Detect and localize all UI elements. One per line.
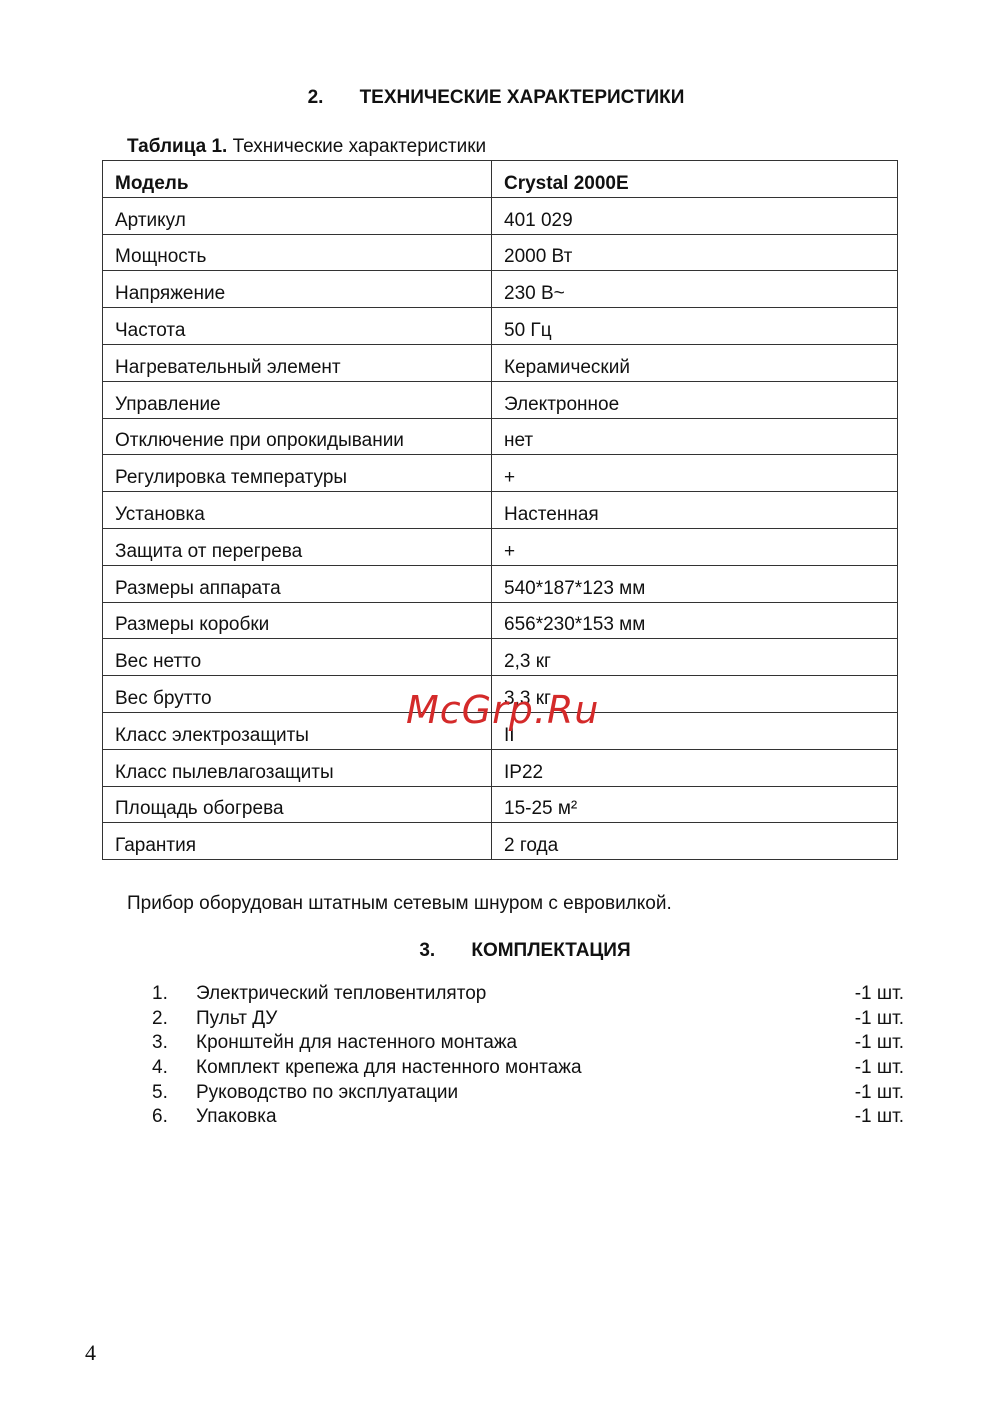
item-number: 4. <box>152 1057 196 1079</box>
spec-key: Регулировка температуры <box>103 455 492 492</box>
table-row: Класс пылевлагозащитыIP22 <box>103 749 898 786</box>
list-item: 4.Комплект крепежа для настенного монтаж… <box>152 1056 904 1081</box>
item-name: Руководство по эксплуатации <box>196 1082 855 1104</box>
kit-list: 1.Электрический тепловентилятор-1 шт.2.П… <box>152 982 904 1130</box>
item-number: 6. <box>152 1106 196 1128</box>
list-item: 1.Электрический тепловентилятор-1 шт. <box>152 982 904 1007</box>
spec-key: Установка <box>103 492 492 529</box>
table-row: УправлениеЭлектронное <box>103 381 898 418</box>
spec-value: + <box>492 455 898 492</box>
spec-value: IP22 <box>492 749 898 786</box>
cord-note: Прибор оборудован штатным сетевым шнуром… <box>127 893 672 915</box>
table-row: Размеры аппарата540*187*123 мм <box>103 565 898 602</box>
spec-value: 15-25 м² <box>492 786 898 823</box>
spec-key: Гарантия <box>103 823 492 860</box>
table-row: Напряжение230 В~ <box>103 271 898 308</box>
spec-value: 656*230*153 мм <box>492 602 898 639</box>
page-number: 4 <box>85 1340 96 1366</box>
item-number: 5. <box>152 1082 196 1104</box>
table-header-row: Модель Crystal 2000E <box>103 161 898 198</box>
spec-value: Настенная <box>492 492 898 529</box>
spec-value: Электронное <box>492 381 898 418</box>
section-3-heading: 3.КОМПЛЕКТАЦИЯ <box>0 940 1000 962</box>
section-2-number: 2. <box>308 87 360 109</box>
list-item: 5.Руководство по эксплуатации-1 шт. <box>152 1080 904 1105</box>
item-name: Пульт ДУ <box>196 1008 855 1030</box>
item-quantity: -1 шт. <box>855 1032 904 1054</box>
section-2-title: ТЕХНИЧЕСКИЕ ХАРАКТЕРИСТИКИ <box>360 87 685 108</box>
item-number: 3. <box>152 1032 196 1054</box>
spec-key: Напряжение <box>103 271 492 308</box>
item-quantity: -1 шт. <box>855 1057 904 1079</box>
watermark: McGrp.Ru <box>406 688 599 732</box>
table-row: Нагревательный элементКерамический <box>103 344 898 381</box>
table-row: УстановкаНастенная <box>103 492 898 529</box>
list-item: 6.Упаковка-1 шт. <box>152 1105 904 1130</box>
section-3-title: КОМПЛЕКТАЦИЯ <box>471 940 630 961</box>
spec-value: 2 года <box>492 823 898 860</box>
spec-key: Класс пылевлагозащиты <box>103 749 492 786</box>
table-row: Защита от перегрева+ <box>103 528 898 565</box>
list-item: 3.Кронштейн для настенного монтажа-1 шт. <box>152 1031 904 1056</box>
table-caption-text: Технические характеристики <box>227 136 486 157</box>
table-row: Площадь обогрева15-25 м² <box>103 786 898 823</box>
item-name: Электрический тепловентилятор <box>196 983 855 1005</box>
spec-key: Мощность <box>103 234 492 271</box>
table-caption-label: Таблица 1. <box>127 136 227 157</box>
spec-value: 50 Гц <box>492 308 898 345</box>
table-row: Регулировка температуры+ <box>103 455 898 492</box>
spec-key: Размеры аппарата <box>103 565 492 602</box>
item-quantity: -1 шт. <box>855 1082 904 1104</box>
item-quantity: -1 шт. <box>855 983 904 1005</box>
spec-value: 401 029 <box>492 197 898 234</box>
spec-key: Размеры коробки <box>103 602 492 639</box>
list-item: 2.Пульт ДУ-1 шт. <box>152 1007 904 1032</box>
table-row: Мощность2000 Вт <box>103 234 898 271</box>
table-caption: Таблица 1. Технические характеристики <box>127 136 486 158</box>
spec-key: Артикул <box>103 197 492 234</box>
table-row: Гарантия2 года <box>103 823 898 860</box>
spec-value: Керамический <box>492 344 898 381</box>
spec-key: Частота <box>103 308 492 345</box>
item-number: 2. <box>152 1008 196 1030</box>
spec-key: Площадь обогрева <box>103 786 492 823</box>
spec-key: Вес нетто <box>103 639 492 676</box>
header-value: Crystal 2000E <box>492 161 898 198</box>
spec-key: Отключение при опрокидывании <box>103 418 492 455</box>
section-2-heading: 2.ТЕХНИЧЕСКИЕ ХАРАКТЕРИСТИКИ <box>0 87 1000 109</box>
item-number: 1. <box>152 983 196 1005</box>
item-name: Кронштейн для настенного монтажа <box>196 1032 855 1054</box>
spec-key: Защита от перегрева <box>103 528 492 565</box>
table-row: Размеры коробки656*230*153 мм <box>103 602 898 639</box>
item-name: Упаковка <box>196 1106 855 1128</box>
table-row: Частота50 Гц <box>103 308 898 345</box>
table-row: Вес нетто2,3 кг <box>103 639 898 676</box>
section-3-number: 3. <box>419 940 471 962</box>
table-row: Отключение при опрокидываниинет <box>103 418 898 455</box>
spec-key: Нагревательный элемент <box>103 344 492 381</box>
item-quantity: -1 шт. <box>855 1008 904 1030</box>
spec-value: 2000 Вт <box>492 234 898 271</box>
header-key: Модель <box>103 161 492 198</box>
spec-value: + <box>492 528 898 565</box>
spec-value: 540*187*123 мм <box>492 565 898 602</box>
spec-table: Модель Crystal 2000E Артикул401 029Мощно… <box>102 160 898 860</box>
spec-value: нет <box>492 418 898 455</box>
item-quantity: -1 шт. <box>855 1106 904 1128</box>
spec-value: 230 В~ <box>492 271 898 308</box>
item-name: Комплект крепежа для настенного монтажа <box>196 1057 855 1079</box>
table-row: Артикул401 029 <box>103 197 898 234</box>
spec-key: Управление <box>103 381 492 418</box>
spec-value: 2,3 кг <box>492 639 898 676</box>
